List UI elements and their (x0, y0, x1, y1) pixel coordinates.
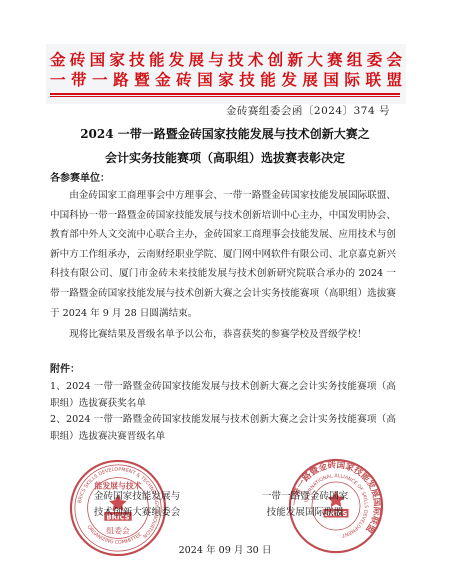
signer-left-line-1: 金砖国家技能发展与 (82, 489, 192, 505)
signer-left-line-2: 技术创新大赛组委会 (82, 505, 192, 521)
attachment-item-2: 2、2024 一带一路暨金砖国家技能发展与技术创新大赛之会计实务技能赛项（高职组… (50, 412, 396, 445)
document-title-line-2: 会计实务技能赛项（高职组）选拔赛表彰决定 (0, 150, 450, 166)
body-paragraph-1: 由金砖国家工商理事会中方理事会、一带一路暨金砖国家技能发展国际联盟、中国科协一带… (50, 186, 396, 323)
letterhead-org-2: 一带一路暨金砖国家技能发展国际联盟 (50, 70, 402, 90)
document-title-line-1: 2024 一带一路暨金砖国家技能发展与技术创新大赛之 (0, 126, 450, 142)
letterhead-org-1: 金砖国家技能发展与技术创新大赛组委会 (50, 50, 402, 70)
attachments-label: 附件： (50, 363, 80, 377)
document-page: 金砖国家技能发展与技术创新大赛组委会 一带一路暨金砖国家技能发展国际联盟 金砖赛… (0, 0, 450, 583)
letterhead-divider-thin (50, 96, 400, 97)
signer-right-line-2: 技能发展国际联盟 (255, 505, 355, 521)
signer-right-line-1: 一带一路暨金砖国家 (255, 489, 355, 505)
body-paragraph-2: 现将比赛结果及晋级名单予以公布，恭喜获奖的参赛学校及晋级学校！ (50, 325, 396, 345)
signer-left: 金砖国家技能发展与 技术创新大赛组委会 (82, 489, 192, 521)
svg-text:组委会: 组委会 (106, 525, 130, 535)
salutation: 各参赛单位： (50, 172, 110, 186)
letterhead-divider (50, 93, 400, 95)
document-number: 金砖赛组委会函〔2024〕374 号 (226, 104, 390, 118)
signature-date: 2024 年 09 月 30 日 (0, 544, 450, 558)
signer-right: 一带一路暨金砖国家 技能发展国际联盟 (255, 489, 355, 521)
attachment-item-1: 1、2024 一带一路暨金砖国家技能发展与技术创新大赛之会计实务技能赛项（高职组… (50, 379, 396, 412)
